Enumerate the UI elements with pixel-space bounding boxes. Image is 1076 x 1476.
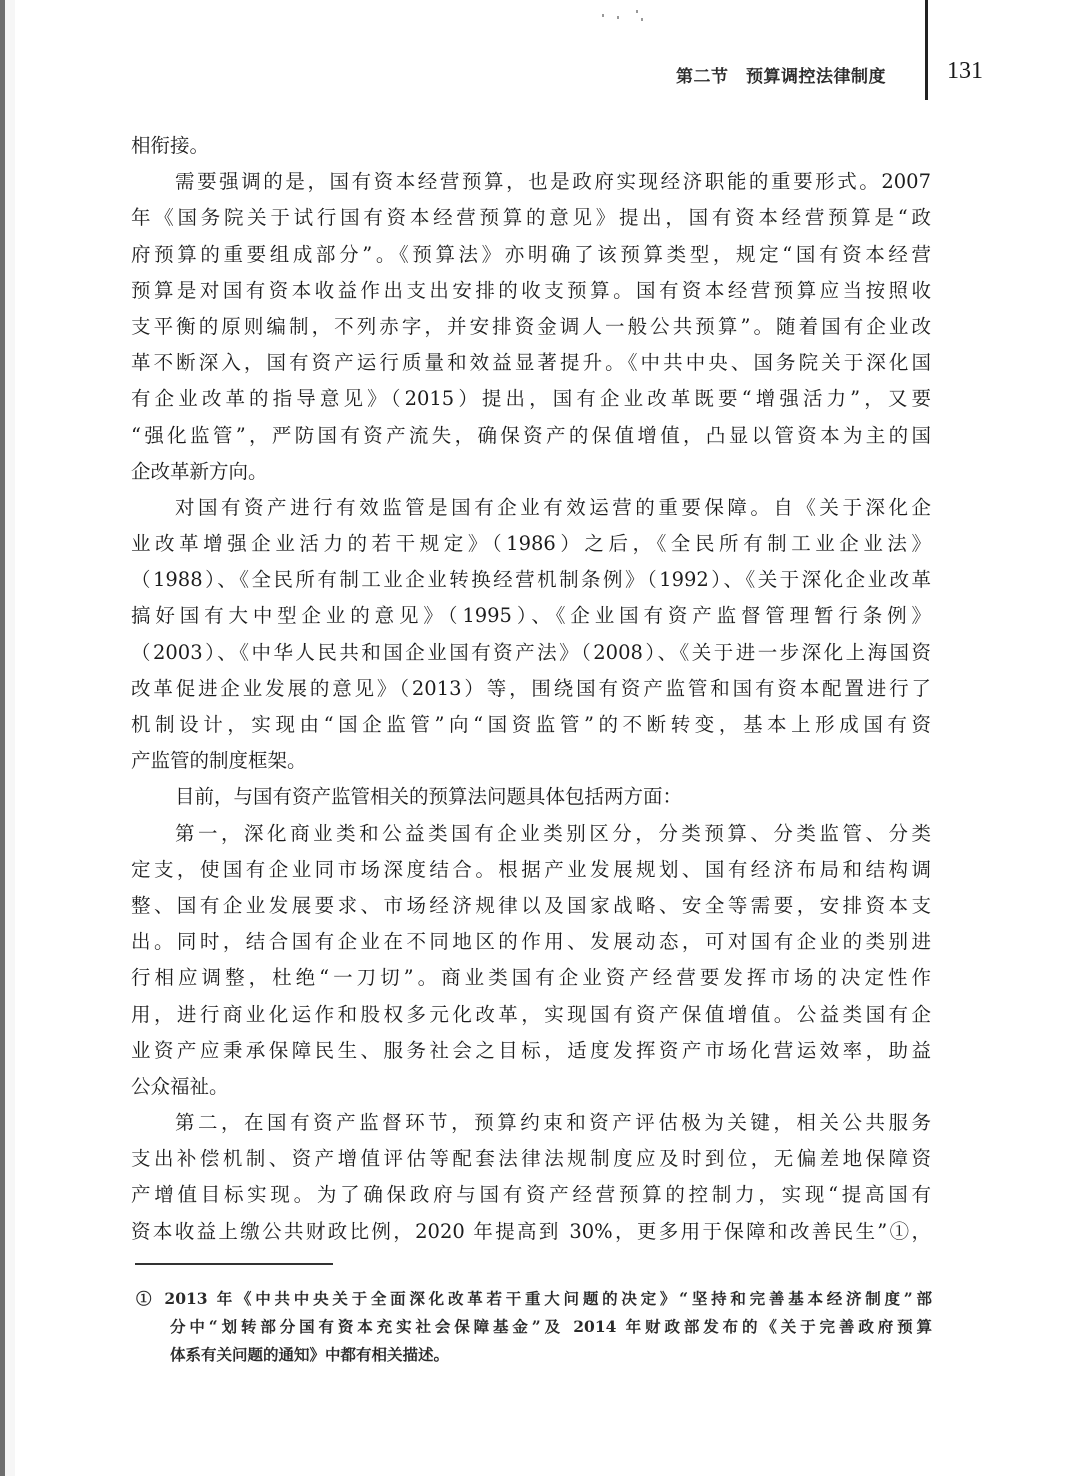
text-line: 改革促进企业发展的意见》（2013）等，围绕国有资产监管和国有资本配置进行了 xyxy=(131,671,931,707)
header-vertical-rule xyxy=(925,0,928,100)
text-line: 出。同时，结合国有企业在不同地区的作用、发展动态，可对国有企业的类别进 xyxy=(131,924,931,960)
text-line: 企改革新方向。 xyxy=(131,454,931,490)
footnote-divider xyxy=(135,1263,333,1265)
text-line: 用，进行商业化运作和股权多元化改革，实现国有资产保值增值。公益类国有企 xyxy=(131,997,931,1033)
text-line: 预算是对国有资本收益作出支出安排的收支预算。国有资本经营预算应当按照收 xyxy=(131,273,931,309)
scan-speck xyxy=(636,10,638,13)
text-line: 整、国有企业发展要求、市场经济规律以及国家战略、安全等需要，安排资本支 xyxy=(131,888,931,924)
text-line: 业资产应秉承保障民生、服务社会之目标，适度发挥资产市场化营运效率，助益 xyxy=(131,1033,931,1069)
text-line: 产增值目标实现。为了确保政府与国有资产经营预算的控制力，实现“提高国有 xyxy=(131,1177,931,1213)
text-line: 第二，在国有资产监督环节，预算约束和资产评估极为关键，相关公共服务 xyxy=(131,1105,931,1141)
text-line: 搞好国有大中型企业的意见》（1995）、《企业国有资产监督管理暂行条例》 xyxy=(131,598,931,634)
text-line: 相衔接。 xyxy=(131,128,931,164)
footnote-line: ① 2013 年《中共中央关于全面深化改革若干重大问题的决定》“坚持和完善基本经… xyxy=(136,1285,932,1313)
text-line: 革不断深入，国有资产运行质量和效益显著提升。《中共中央、国务院关于深化国 xyxy=(131,345,931,381)
running-head-section-title: 第二节 预算调控法律制度 xyxy=(676,62,886,87)
text-line: 公众福祉。 xyxy=(131,1069,931,1105)
text-line: 业改革增强企业活力的若干规定》（1986）之后，《全民所有制工业企业法》 xyxy=(131,526,931,562)
scan-speck xyxy=(617,16,619,19)
text-line: 支平衡的原则编制，不列赤字，并安排资金调人一般公共预算”。随着国有企业改 xyxy=(131,309,931,345)
text-line: 目前，与国有资产监管相关的预算法问题具体包括两方面： xyxy=(131,779,931,815)
text-line: 第一，深化商业类和公益类国有企业类别区分，分类预算、分类监管、分类 xyxy=(131,816,931,852)
text-line: 资本收益上缴公共财政比例，2020 年提高到 30%，更多用于保障和改善民生”①… xyxy=(131,1214,931,1250)
text-line: 年《国务院关于试行国有资本经营预算的意见》提出，国有资本经营预算是“政 xyxy=(131,200,931,236)
text-line: （2003）、《中华人民共和国企业国有资产法》（2008）、《关于进一步深化上海… xyxy=(131,635,931,671)
text-line: 定支，使国有企业同市场深度结合。根据产业发展规划、国有经济布局和结构调 xyxy=(131,852,931,888)
footnote-line: 体系有关问题的通知》中都有相关描述。 xyxy=(136,1341,932,1369)
footnote-line: 分中“划转部分国有资本充实社会保障基金”及 2014 年财政部发布的《关于完善政… xyxy=(136,1313,932,1341)
text-line: 府预算的重要组成部分”。《预算法》亦明确了该预算类型，规定“国有资本经营 xyxy=(131,237,931,273)
text-line: （1988）、《全民所有制工业企业转换经营机制条例》（1992）、《关于深化企业… xyxy=(131,562,931,598)
scan-speck xyxy=(602,14,604,17)
page-number: 131 xyxy=(947,58,983,85)
text-line: 需要强调的是，国有资本经营预算，也是政府实现经济职能的重要形式。2007 xyxy=(131,164,931,200)
text-line: 对国有资产进行有效监管是国有企业有效运营的重要保障。自《关于深化企 xyxy=(131,490,931,526)
text-line: 有企业改革的指导意见》（2015）提出，国有企业改革既要“增强活力”，又要 xyxy=(131,381,931,417)
body-text: 相衔接。需要强调的是，国有资本经营预算，也是政府实现经济职能的重要形式。2007… xyxy=(131,128,931,1250)
page-gutter-shadow xyxy=(5,0,15,1476)
text-line: 产监管的制度框架。 xyxy=(131,743,931,779)
footnote: ① 2013 年《中共中央关于全面深化改革若干重大问题的决定》“坚持和完善基本经… xyxy=(136,1285,932,1369)
text-line: 行相应调整，杜绝“一刀切”。商业类国有企业资产经营要发挥市场的决定性作 xyxy=(131,960,931,996)
text-line: “强化监管”，严防国有资产流失，确保资产的保值增值，凸显以管资本为主的国 xyxy=(131,418,931,454)
text-line: 支出补偿机制、资产增值评估等配套法律法规制度应及时到位，无偏差地保障资 xyxy=(131,1141,931,1177)
scan-speck xyxy=(641,18,643,21)
text-line: 机制设计，实现由“国企监管”向“国资监管”的不断转变，基本上形成国有资 xyxy=(131,707,931,743)
